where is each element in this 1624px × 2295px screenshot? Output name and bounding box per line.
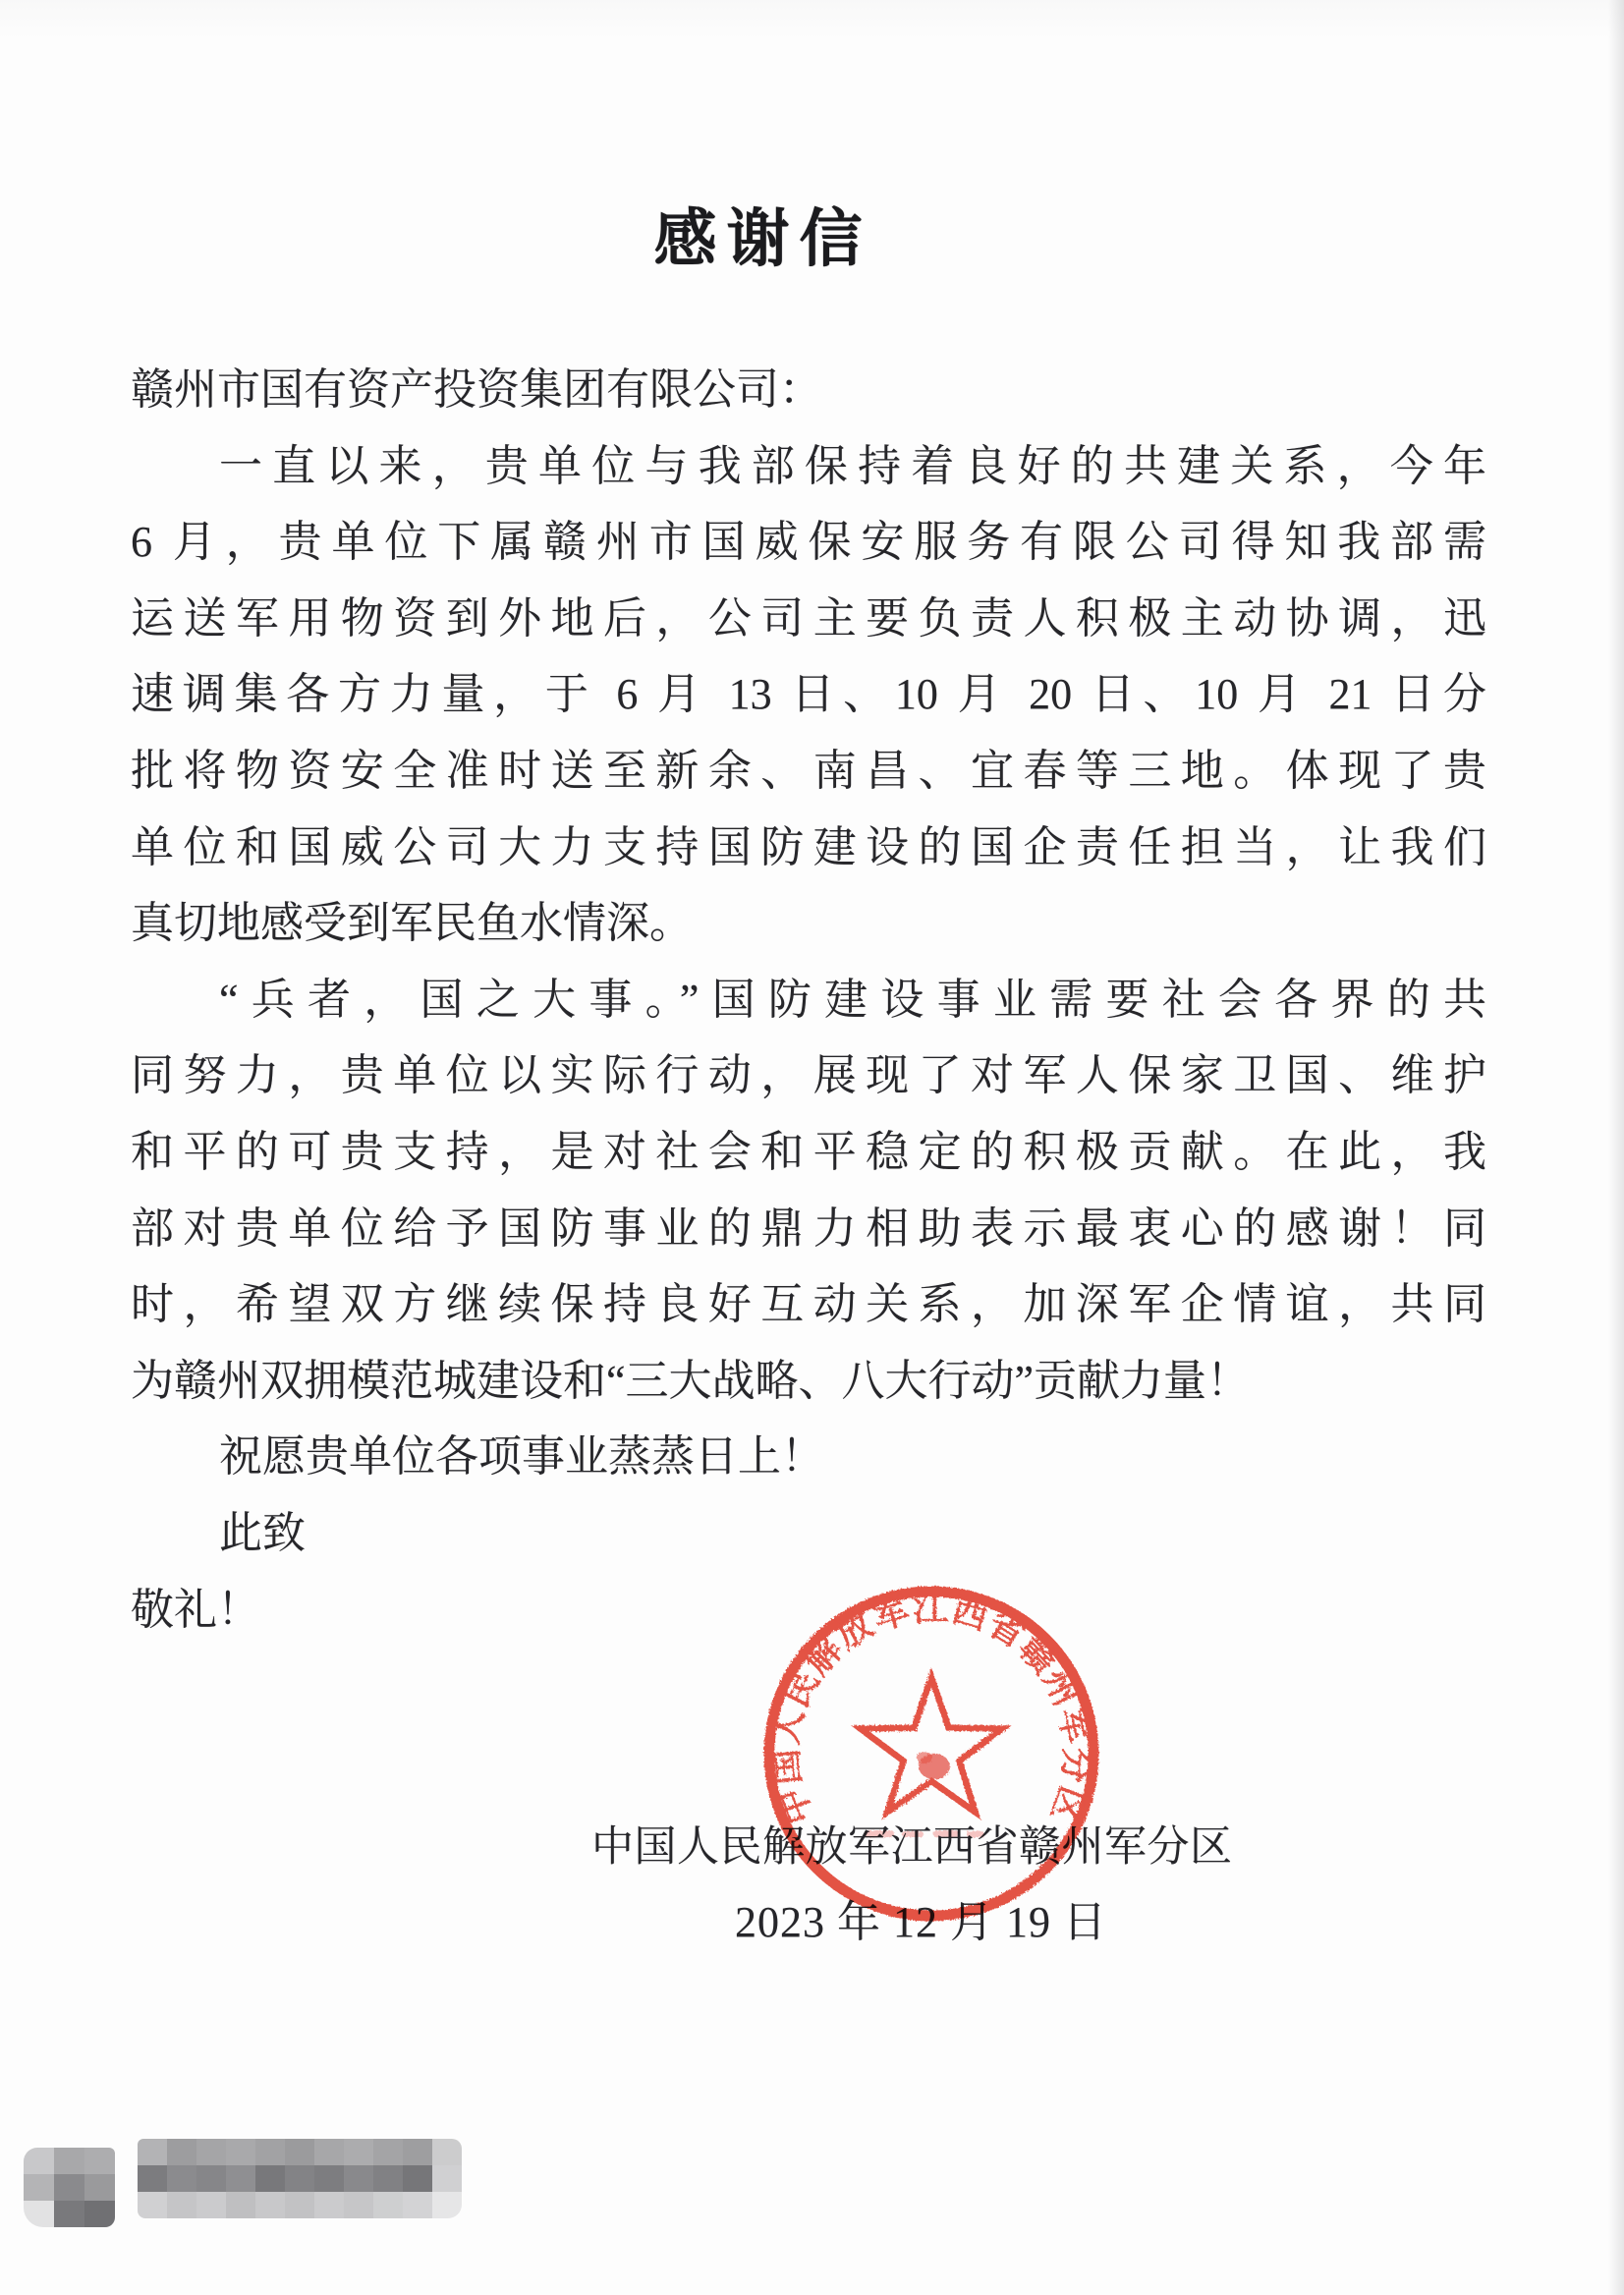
mosaic-cell bbox=[403, 2139, 432, 2165]
seal-ink-blot-small bbox=[917, 1752, 932, 1763]
mosaic-cell bbox=[255, 2139, 285, 2165]
mosaic-cell bbox=[255, 2165, 285, 2192]
body-line: 为赣州双拥模范城建设和“三大战略、八大行动”贡献力量！ bbox=[131, 1343, 1486, 1420]
official-seal-stamp: 中国人民解放军江西省赣州军分区 bbox=[755, 1577, 1108, 1931]
body-line: 祝愿贵单位各项事业蒸蒸日上！ bbox=[131, 1419, 1486, 1495]
seal-star-icon bbox=[861, 1677, 1003, 1813]
mosaic-cell bbox=[344, 2165, 373, 2192]
mosaic-cell bbox=[138, 2139, 167, 2165]
mosaic-cell bbox=[314, 2139, 344, 2165]
mosaic-cell bbox=[167, 2139, 196, 2165]
mosaic-cell bbox=[432, 2165, 462, 2192]
seal-artwork: 中国人民解放军江西省赣州军分区 bbox=[765, 1589, 1097, 1916]
mosaic-cell bbox=[138, 2165, 167, 2192]
mosaic-cell bbox=[255, 2192, 285, 2218]
mosaic-cell bbox=[432, 2192, 462, 2218]
body-line: 6 月，贵单位下属赣州市国威保安服务有限公司得知我部需 bbox=[131, 504, 1486, 581]
mosaic-cell bbox=[432, 2139, 462, 2165]
mosaic-cell bbox=[138, 2192, 167, 2218]
letter-title: 感谢信 bbox=[0, 189, 1575, 279]
body-line: 此致 bbox=[131, 1495, 1486, 1572]
body-lines: 赣州市国有资产投资集团有限公司：一直以来，贵单位与我部保持着良好的共建关系，今年… bbox=[131, 352, 1486, 1648]
body-line: 真切地感受到军民鱼水情深。 bbox=[131, 885, 1486, 962]
mosaic-cell bbox=[344, 2139, 373, 2165]
mosaic-cell bbox=[373, 2192, 403, 2218]
mosaic-cell bbox=[84, 2148, 115, 2174]
mosaic-cell bbox=[196, 2165, 226, 2192]
mosaic-cell bbox=[196, 2139, 226, 2165]
body-line: 运送军用物资到外地后，公司主要负责人积极主动协调，迅 bbox=[131, 581, 1486, 657]
mosaic-cell bbox=[373, 2165, 403, 2192]
seal-arc-text: 中国人民解放军江西省赣州军分区 bbox=[765, 1589, 1097, 1829]
redaction-block-1 bbox=[24, 2148, 115, 2227]
mosaic-cell bbox=[285, 2165, 314, 2192]
scan-edge-shadow bbox=[1608, 0, 1624, 2295]
mosaic-cell bbox=[167, 2165, 196, 2192]
body-line: 批将物资安全准时送至新余、南昌、宜春等三地。体现了贵 bbox=[131, 733, 1486, 810]
mosaic-cell bbox=[226, 2139, 255, 2165]
mosaic-cell bbox=[403, 2165, 432, 2192]
body-line: 速调集各方力量，于 6 月 13 日、10 月 20 日、10 月 21 日分 bbox=[131, 656, 1486, 733]
body-line: 一直以来，贵单位与我部保持着良好的共建关系，今年 bbox=[131, 428, 1486, 505]
body-line: 单位和国威公司大力支持国防建设的国企责任担当，让我们 bbox=[131, 810, 1486, 886]
body-line: 部对贵单位给予国防事业的鼎力相助表示最衷心的感谢！同 bbox=[131, 1191, 1486, 1267]
mosaic-cell bbox=[285, 2139, 314, 2165]
body-line: 时，希望双方继续保持良好互动关系，加深军企情谊，共同 bbox=[131, 1266, 1486, 1343]
mosaic-cell bbox=[314, 2192, 344, 2218]
redaction-block-2 bbox=[138, 2139, 462, 2218]
body-line: 和平的可贵支持，是对社会和平稳定的积极贡献。在此，我 bbox=[131, 1114, 1486, 1191]
mosaic-cell bbox=[24, 2148, 54, 2174]
mosaic-cell bbox=[54, 2201, 84, 2227]
mosaic-cell bbox=[54, 2148, 84, 2174]
mosaic-cell bbox=[226, 2192, 255, 2218]
mosaic-cell bbox=[167, 2192, 196, 2218]
mosaic-cell bbox=[314, 2165, 344, 2192]
mosaic-cell bbox=[24, 2201, 54, 2227]
scan-noise bbox=[0, 0, 1624, 39]
mosaic-cell bbox=[24, 2174, 54, 2201]
body-line: “兵者，国之大事。”国防建设事业需要社会各界的共 bbox=[131, 962, 1486, 1038]
body-line: 同努力，贵单位以实际行动，展现了对军人保家卫国、维护 bbox=[131, 1037, 1486, 1114]
scanned-letter-page: 感谢信 赣州市国有资产投资集团有限公司：一直以来，贵单位与我部保持着良好的共建关… bbox=[0, 0, 1624, 2295]
mosaic-cell bbox=[84, 2201, 115, 2227]
body-line: 赣州市国有资产投资集团有限公司： bbox=[131, 352, 1486, 428]
mosaic-cell bbox=[403, 2192, 432, 2218]
mosaic-cell bbox=[196, 2192, 226, 2218]
mosaic-cell bbox=[226, 2165, 255, 2192]
mosaic-cell bbox=[344, 2192, 373, 2218]
seal-serial-marks bbox=[865, 1830, 984, 1837]
mosaic-cell bbox=[285, 2192, 314, 2218]
mosaic-cell bbox=[373, 2139, 403, 2165]
mosaic-cell bbox=[54, 2174, 84, 2201]
mosaic-cell bbox=[84, 2174, 115, 2201]
